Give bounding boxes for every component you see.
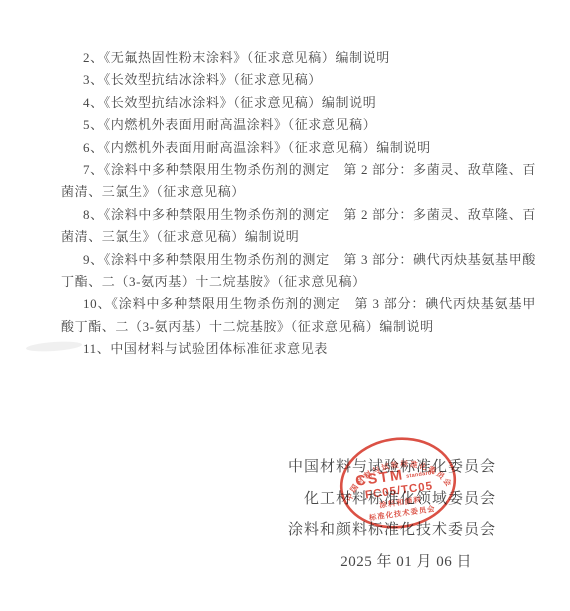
official-seal-stamp-icon: 中国材料与试验标准化委员会 CSTMstandards FC05/TC05 涂料…: [330, 426, 466, 540]
list-item: 3、《长效型抗结冰涂料》（征求意见稿）: [61, 69, 536, 91]
list-item: 4、《长效型抗结冰涂料》（征求意见稿）编制说明: [61, 92, 536, 114]
standards-list: 2、《无氟热固性粉末涂料》（征求意见稿）编制说明 3、《长效型抗结冰涂料》（征求…: [61, 47, 536, 361]
list-item: 7、《涂料中多种禁限用生物杀伤剂的测定 第 2 部分：多菌灵、敌草隆、百菌清、三…: [61, 159, 536, 204]
signature-date: 2025 年 01 月 06 日: [288, 547, 496, 579]
list-item: 11、中国材料与试验团体标准征求意见表: [61, 338, 536, 360]
list-item: 10、《涂料中多种禁限用生物杀伤剂的测定 第 3 部分：碘代丙炔基氨基甲酸丁酯、…: [61, 293, 536, 338]
stamp-brand-sub-text: standards: [406, 470, 436, 480]
list-item: 9、《涂料中多种禁限用生物杀伤剂的测定 第 3 部分：碘代丙炔基氨基甲酸丁酯、二…: [61, 249, 536, 294]
list-item: 5、《内燃机外表面用耐高温涂料》（征求意见稿）: [61, 114, 536, 136]
list-item: 8、《涂料中多种禁限用生物杀伤剂的测定 第 2 部分：多菌灵、敌草隆、百菌清、三…: [61, 204, 536, 249]
list-item: 2、《无氟热固性粉末涂料》（征求意见稿）编制说明: [61, 47, 536, 69]
list-item: 6、《内燃机外表面用耐高温涂料》（征求意见稿）编制说明: [61, 137, 536, 159]
